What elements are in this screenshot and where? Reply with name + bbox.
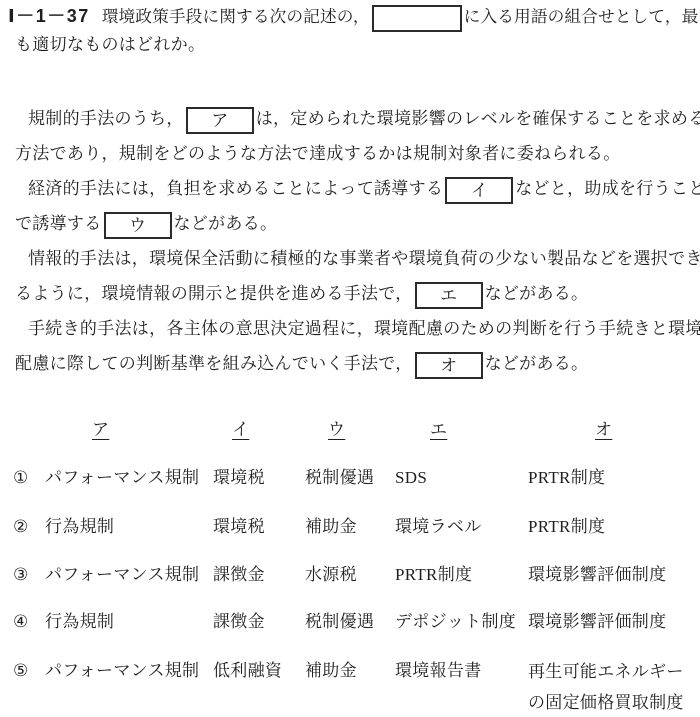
para-regulatory-line1: 規制的手法のうち，アは，定められた環境影響のレベルを確保することを求める <box>28 105 700 132</box>
option-cell-u: 税制優遇 <box>305 468 374 488</box>
option-cell-i: 課徴金 <box>213 565 265 585</box>
para-informational-line1: 情報的手法は，環境保全活動に積極的な事業者や環境負荷の少ない製品などを選択でき <box>28 245 700 272</box>
option-number: ② <box>13 517 29 537</box>
option-cell-a: パフォーマンス規制 <box>45 661 199 681</box>
title-text-before-blank: 環境政策手段に関する次の記述の， <box>102 7 370 26</box>
para-text: などがある。 <box>174 214 278 233</box>
option-row-1: ① パフォーマンス規制 環境税 税制優遇 SDS PRTR制度 <box>0 468 700 492</box>
para-text: 配慮に際しての判断基準を組み込んでいく手法で， <box>15 354 413 373</box>
para-text: などがある。 <box>485 354 589 373</box>
option-cell-a: 行為規制 <box>45 517 114 537</box>
exam-question-page: Ⅰ－1－37環境政策手段に関する次の記述の，に入る用語の組合せとして，最 も適切… <box>0 0 700 717</box>
option-cell-a: パフォーマンス規制 <box>45 468 199 488</box>
question-number: Ⅰ－1－37 <box>8 6 90 26</box>
option-cell-i: 環境税 <box>213 468 265 488</box>
option-cell-i: 環境税 <box>213 517 265 537</box>
option-cell-o: PRTR制度 <box>528 517 605 537</box>
question-title-line1: Ⅰ－1－37環境政策手段に関する次の記述の，に入る用語の組合せとして，最 <box>8 3 698 30</box>
option-cell-o: 環境影響評価制度 <box>528 565 666 585</box>
option-cell-e: PRTR制度 <box>395 565 472 585</box>
blank-box-o: オ <box>415 352 483 379</box>
option-cell-e: 環境ラベル <box>395 517 482 537</box>
option-cell-a: 行為規制 <box>45 612 114 632</box>
para-procedural-line2: 配慮に際しての判断基準を組み込んでいく手法で，オなどがある。 <box>15 350 588 377</box>
option-number: ③ <box>13 565 29 585</box>
para-text: などがある。 <box>485 284 589 303</box>
option-cell-i: 課徴金 <box>213 612 265 632</box>
option-cell-i: 低利融資 <box>213 661 282 681</box>
option-number: ⑤ <box>13 661 29 681</box>
para-text: 規制的手法のうち， <box>28 109 184 128</box>
option-row-4: ④ 行為規制 課徴金 税制優遇 デポジット制度 環境影響評価制度 <box>0 612 700 636</box>
option-cell-o: PRTR制度 <box>528 468 605 488</box>
para-text: 経済的手法には，負担を求めることによって誘導する <box>28 179 443 198</box>
option-cell-e: デポジット制度 <box>395 612 516 632</box>
para-text: るように，環境情報の開示と提供を進める手法で， <box>15 284 413 303</box>
para-regulatory-line2: 方法であり，規制をどのような方法で達成するかは規制対象者に委ねられる。 <box>15 140 621 167</box>
col-header-o: オ <box>595 420 612 440</box>
option-number: ④ <box>13 612 29 632</box>
question-title-line2: も適切なものはどれか。 <box>15 31 205 58</box>
options-table-header: ア イ ウ エ オ <box>0 420 700 444</box>
answer-blank-box <box>372 5 462 32</box>
option-cell-u: 水源税 <box>305 565 357 585</box>
option-cell-u: 補助金 <box>305 517 357 537</box>
option-cell-e: 環境報告書 <box>395 661 482 681</box>
blank-box-i: イ <box>445 177 513 204</box>
option-row-5: ⑤ パフォーマンス規制 低利融資 補助金 環境報告書 再生可能エネルギー の固定… <box>0 661 700 685</box>
blank-box-u: ウ <box>104 212 172 239</box>
option-row-3: ③ パフォーマンス規制 課徴金 水源税 PRTR制度 環境影響評価制度 <box>0 565 700 589</box>
col-header-u: ウ <box>328 420 345 440</box>
option-cell-o: 環境影響評価制度 <box>528 612 666 632</box>
para-informational-line2: るように，環境情報の開示と提供を進める手法で，エなどがある。 <box>15 280 588 307</box>
col-header-e: エ <box>430 420 447 440</box>
para-economic-line2: で誘導するウなどがある。 <box>15 210 277 237</box>
blank-box-e: エ <box>415 282 483 309</box>
para-procedural-line1: 手続き的手法は，各主体の意思決定過程に，環境配慮のための判断を行う手続きと環境 <box>28 315 700 342</box>
option-row-2: ② 行為規制 環境税 補助金 環境ラベル PRTR制度 <box>0 517 700 541</box>
option-number: ① <box>13 468 29 488</box>
option-cell-u: 補助金 <box>305 661 357 681</box>
para-text: で誘導する <box>15 214 102 233</box>
option-cell-o: 再生可能エネルギー の固定価格買取制度 <box>528 656 684 717</box>
col-header-a: ア <box>92 420 109 440</box>
option-cell-a: パフォーマンス規制 <box>45 565 199 585</box>
para-economic-line1: 経済的手法には，負担を求めることによって誘導するイなどと，助成を行うこと <box>28 175 700 202</box>
option-cell-e: SDS <box>395 468 427 488</box>
col-header-i: イ <box>232 420 249 440</box>
option-cell-u: 税制優遇 <box>305 612 374 632</box>
blank-box-a: ア <box>186 107 254 134</box>
title-text-after-blank: に入る用語の組合せとして，最 <box>464 7 699 26</box>
para-text: は，定められた環境影響のレベルを確保することを求める <box>256 109 700 128</box>
para-text: などと，助成を行うこと <box>515 179 700 198</box>
